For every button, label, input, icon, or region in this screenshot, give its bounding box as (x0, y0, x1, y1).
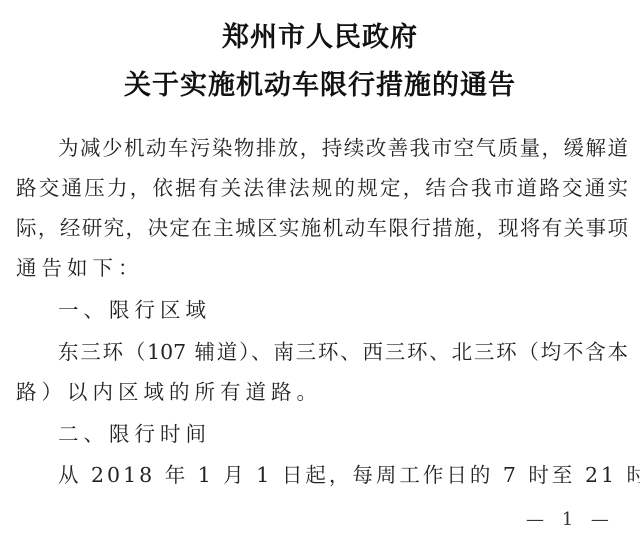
restricted-area-line-1: 东三环（107 辅道）、南三环、西三环、北三环（均不含本 (58, 338, 628, 366)
page-number: — 1 — (526, 508, 615, 532)
intro-line-1: 为减少机动车污染物排放，持续改善我市空气质量，缓解道 (58, 134, 628, 162)
section-heading-restricted-area: 一、限行区域 (58, 296, 628, 324)
intro-line-2: 路交通压力，依据有关法律法规的规定，结合我市道路交通实 (16, 174, 628, 202)
restricted-time-line-1: 从 2018 年 1 月 1 日起，每周工作日的 7 时至 21 时。 (58, 461, 628, 489)
section-heading-restricted-time: 二、限行时间 (58, 420, 628, 448)
intro-line-4: 通告如下： (16, 254, 628, 282)
restricted-area-line-2: 路）以内区域的所有道路。 (16, 378, 628, 406)
issuer-title: 郑州市人民政府 (0, 22, 640, 54)
intro-line-3: 际，经研究，决定在主城区实施机动车限行措施，现将有关事项 (16, 214, 628, 242)
notice-title: 关于实施机动车限行措施的通告 (0, 70, 640, 102)
